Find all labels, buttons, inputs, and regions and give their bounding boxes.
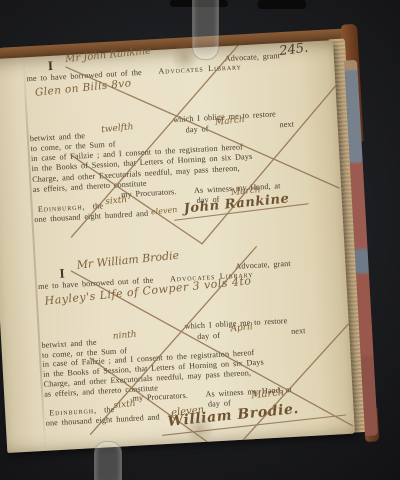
- folio-number: 245.: [279, 41, 310, 60]
- form1-signed-day: sixth: [105, 195, 128, 207]
- form1-procurators: my Procurators.: [121, 187, 177, 199]
- form1-the: the: [93, 201, 104, 211]
- form1-pronoun: I: [47, 58, 53, 74]
- form2-procurators: my Procurators.: [132, 391, 188, 403]
- form2-day-of: day of: [197, 331, 220, 341]
- page-gutter-crease: [22, 57, 46, 450]
- form1-advocate-grant: Advocate, grant: [224, 51, 280, 63]
- form1-year-word: eleven: [151, 205, 178, 217]
- form2-pronoun: I: [59, 265, 65, 281]
- form2-due-day: ninth: [112, 330, 137, 342]
- copy-stand-fitting-right: [258, 0, 306, 9]
- borrowing-register-book: 245. I Mr John Rankine Advocate, grant m…: [0, 30, 377, 458]
- form2-signed-month: March: [251, 387, 285, 401]
- form2-due-month: April: [230, 322, 253, 334]
- form1-library-name: Advocates Library: [158, 62, 242, 76]
- photo-scene: 245. I Mr John Rankine Advocate, grant m…: [0, 0, 400, 480]
- form2-next: next: [291, 326, 306, 336]
- page-weight-strip-bottom: [94, 441, 122, 480]
- form1-due-day: twelfth: [101, 122, 134, 135]
- form2-borrower-name: Mr William Brodie: [76, 249, 180, 272]
- form2-signed-day: sixth: [113, 399, 136, 411]
- register-page: 245. I Mr John Rankine Advocate, grant m…: [0, 40, 355, 453]
- form1-day-of: day of: [185, 124, 208, 134]
- form1-next: next: [279, 119, 294, 129]
- page-weight-strip-top: [192, 0, 219, 60]
- form1-due-month: March: [215, 115, 246, 128]
- form2-advocate-grant: Advocate, grant: [235, 259, 291, 271]
